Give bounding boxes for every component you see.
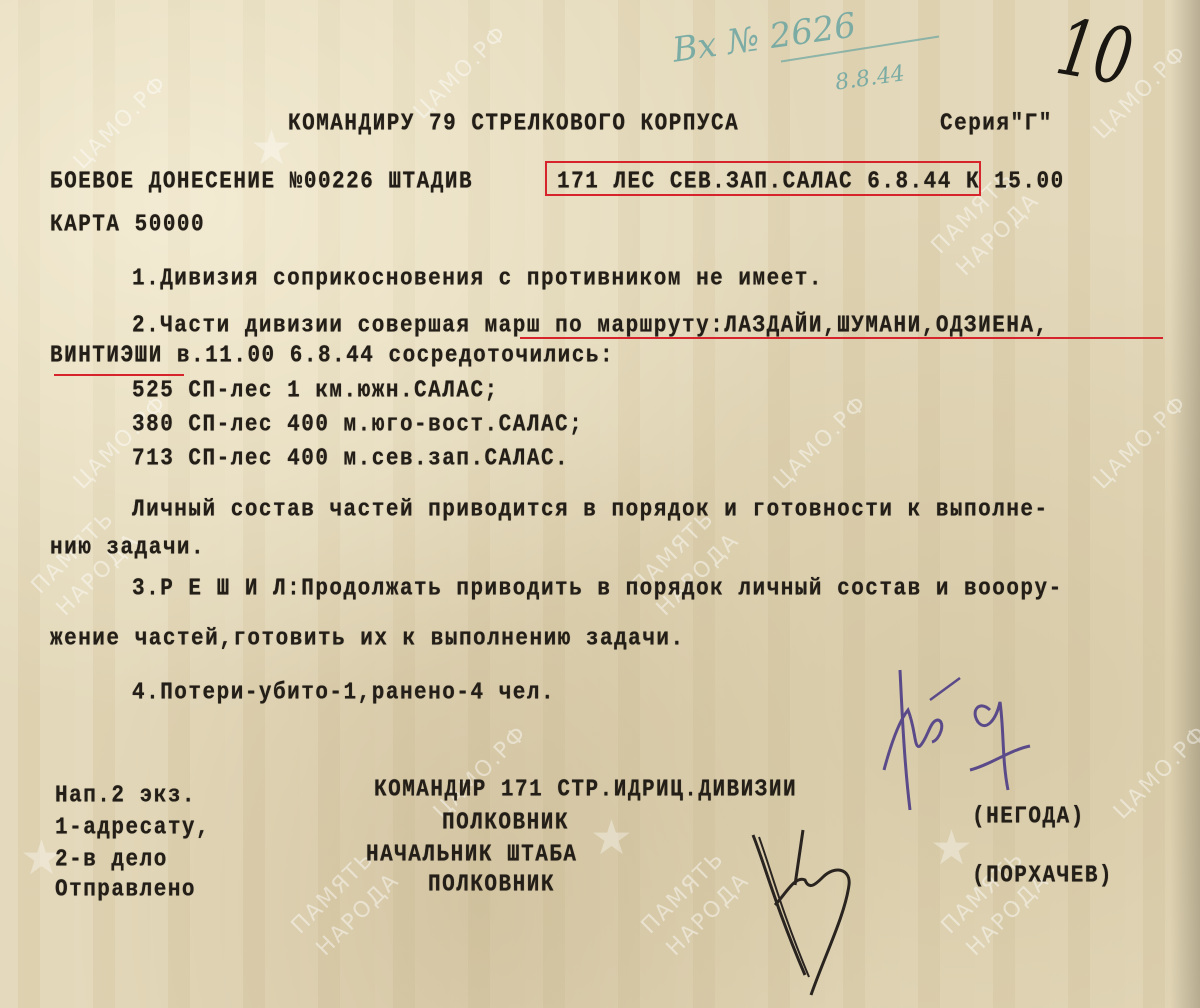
personnel-line-2: нию задачи. bbox=[50, 535, 205, 561]
watermark-archive: ЦАМО.РФ bbox=[769, 391, 873, 495]
item-2-time: в.11.00 6.8.44 сосредоточились: bbox=[163, 343, 614, 369]
decision-line-2: жение частей,готовить их к выполнению за… bbox=[50, 626, 685, 652]
position-525: 525 СП-лес 1 км.южн.САЛАС; bbox=[132, 378, 499, 404]
archival-document-page: ЦАМО.РФ ЦАМО.РФ ЦАМО.РФ ЦАМО.РФ ЦАМО.РФ … bbox=[0, 0, 1200, 1008]
watermark-archive: ЦАМО.РФ bbox=[409, 21, 513, 125]
item-2-route-end: ВИНТИЭШИ bbox=[50, 343, 163, 369]
star-watermark-icon: ★ bbox=[930, 820, 973, 876]
distribution-line-3: 2-в дело bbox=[55, 847, 168, 873]
chief-of-staff-rank: ПОЛКОВНИК bbox=[428, 872, 555, 898]
highlight-box bbox=[545, 161, 981, 196]
watermark-project: ПАМЯТЬ bbox=[937, 846, 1030, 939]
position-380: 380 СП-лес 400 м.юго-вост.САЛАС; bbox=[132, 412, 583, 438]
personnel-line-1: Личный состав частей приводится в порядо… bbox=[132, 497, 1049, 523]
losses-line: 4.Потери-убито-1,ранено-4 чел. bbox=[132, 680, 555, 706]
watermark-project: НАРОДА bbox=[652, 528, 745, 621]
addressee-line: КОМАНДИРУ 79 СТРЕЛКОВОГО КОРПУСА bbox=[288, 111, 739, 137]
distribution-line-2: 1-адресату, bbox=[55, 815, 210, 841]
chief-of-staff-title: НАЧАЛЬНИК ШТАБА bbox=[366, 842, 578, 868]
distribution-line-1: Нап.2 экз. bbox=[55, 783, 196, 809]
page-edge-shadow bbox=[1170, 0, 1200, 1008]
watermark-project: НАРОДА bbox=[662, 868, 755, 961]
report-item-2-line2: ВИНТИЭШИ в.11.00 6.8.44 сосредоточились: bbox=[50, 343, 614, 369]
item-2-route: марш по маршруту:ЛАЗДАЙИ,ШУМАНИ,ОДЗИЕНА, bbox=[485, 313, 1049, 339]
watermark-project: НАРОДА bbox=[952, 188, 1045, 281]
decision-line-1: 3.Р Е Ш И Л:Продолжать приводить в поряд… bbox=[132, 576, 1063, 602]
star-watermark-icon: ★ bbox=[250, 120, 293, 176]
chief-of-staff-name: (ПОРХАЧЕВ) bbox=[972, 863, 1113, 889]
watermark-project: ПАМЯТЬ bbox=[637, 846, 730, 939]
report-item-2-line1: 2.Части дивизии совершая марш по маршрут… bbox=[132, 313, 1049, 339]
incoming-date-handwritten: 8.8.44 bbox=[834, 61, 907, 95]
item-2-prefix: 2.Части дивизии совершая bbox=[132, 313, 485, 339]
watermark-archive: ЦАМО.РФ bbox=[69, 71, 173, 175]
report-heading: БОЕВОЕ ДОНЕСЕНИЕ №00226 ШТАДИВ bbox=[50, 169, 473, 195]
watermark-archive: ЦАМО.РФ bbox=[429, 721, 533, 825]
commander-signature bbox=[870, 650, 1060, 820]
star-watermark-icon: ★ bbox=[590, 810, 633, 866]
commander-rank: ПОЛКОВНИК bbox=[442, 810, 569, 836]
commander-title: КОМАНДИР 171 СТР.ИДРИЦ.ДИВИЗИИ bbox=[374, 777, 797, 803]
map-reference: КАРТА 50000 bbox=[50, 212, 205, 238]
distribution-line-4: Отправлено bbox=[55, 877, 196, 903]
watermark-archive: ЦАМО.РФ bbox=[69, 391, 173, 495]
watermark-project: НАРОДА bbox=[312, 868, 405, 961]
page-number-handwritten: 10 bbox=[1050, 2, 1139, 104]
incoming-registration-handwritten: Вх № 2626 bbox=[670, 5, 858, 70]
series-label: Серия"Г" bbox=[940, 111, 1053, 137]
route-underline bbox=[520, 337, 1163, 339]
chief-of-staff-signature bbox=[745, 825, 875, 1005]
position-713: 713 СП-лес 400 м.сев.зап.САЛАС. bbox=[132, 446, 569, 472]
report-item-1: 1.Дивизия соприкосновения с противником … bbox=[132, 266, 823, 292]
route-end-underline bbox=[54, 374, 184, 376]
